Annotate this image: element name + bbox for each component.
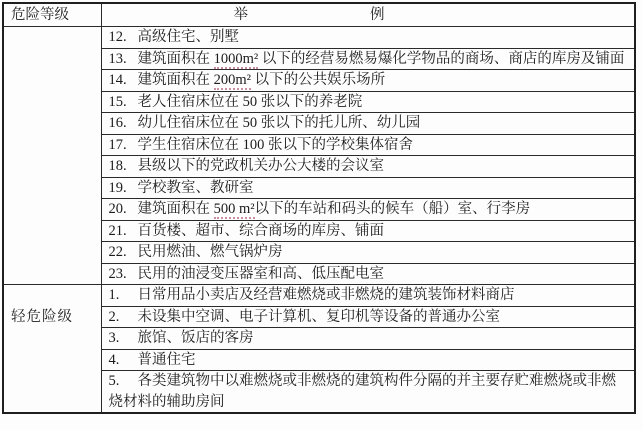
row-text: 建筑面积在 <box>138 72 214 88</box>
section-label-light-risk: 轻危险级 <box>11 309 73 325</box>
example-cell: 18.县级以下的党政机关办公大楼的会议室 <box>101 156 635 178</box>
row-text: 旅馆、饭店的客房 <box>138 330 254 346</box>
example-cell: 15.老人住宿床位在 50 张以下的养老院 <box>101 91 635 113</box>
row-text: 高级住宅、别墅 <box>138 29 240 45</box>
row-number: 15. <box>109 92 138 113</box>
row-text: 以下的车站和码头的候车（船）室、行李房 <box>255 201 531 217</box>
header-examples: 举 例 <box>101 3 635 27</box>
row-number: 5. <box>109 371 138 392</box>
row-number: 19. <box>109 178 138 199</box>
section-1-label-cell <box>3 27 101 285</box>
section-2-label-cell: 轻危险级 <box>3 285 101 414</box>
table-header-row: 危险等级 举 例 <box>3 3 635 27</box>
table-row: 12.高级住宅、别墅 <box>3 27 635 49</box>
row-number: 20. <box>109 199 138 220</box>
table-row: 轻危险级 1.日常用品小卖店及经营难燃烧或非燃烧的建筑装饰材料商店 <box>3 285 635 307</box>
measurement-value: 200m² <box>214 72 251 90</box>
row-number: 13. <box>109 49 138 70</box>
example-cell: 13.建筑面积在 1000m² 以下的经营易燃易爆化学物品的商场、商店的库房及铺… <box>101 48 635 70</box>
row-text: 建筑面积在 <box>138 51 214 67</box>
example-cell: 4.普通住宅 <box>101 349 635 371</box>
row-text: 民用的油浸变压器室和高、低压配电室 <box>138 266 385 282</box>
row-number: 21. <box>109 221 138 242</box>
example-cell: 14.建筑面积在 200m² 以下的公共娱乐场所 <box>101 70 635 92</box>
example-cell: 5.各类建筑物中以难燃烧或非燃烧的建筑构件分隔的并主要存贮难燃烧或非燃烧材料的辅… <box>101 371 635 414</box>
row-number: 12. <box>109 27 138 48</box>
example-cell: 12.高级住宅、别墅 <box>101 27 635 49</box>
measurement-value: 1000m² <box>214 51 259 69</box>
example-cell: 2.未设集中空调、电子计算机、复印机等设备的普通办公室 <box>101 306 635 328</box>
row-text: 以下的公共娱乐场所 <box>251 72 385 88</box>
row-number: 18. <box>109 156 138 177</box>
row-text: 民用燃油、燃气锅炉房 <box>138 244 283 260</box>
header-example-char-right: 例 <box>370 5 385 26</box>
row-number: 17. <box>109 135 138 156</box>
row-text: 学生住宿床位在 100 张以下的学校集体宿舍 <box>138 137 414 153</box>
example-cell: 17.学生住宿床位在 100 张以下的学校集体宿舍 <box>101 134 635 156</box>
example-cell: 16.幼儿住宿床位在 50 张以下的托儿所、幼儿园 <box>101 113 635 135</box>
example-cell: 23.民用的油浸变压器室和高、低压配电室 <box>101 263 635 285</box>
row-text: 县级以下的党政机关办公大楼的会议室 <box>138 158 385 174</box>
example-cell: 19.学校教室、教研室 <box>101 177 635 199</box>
row-number: 16. <box>109 113 138 134</box>
header-example-char-left: 举 <box>234 5 249 26</box>
header-risk-level: 危险等级 <box>3 3 101 27</box>
row-text: 日常用品小卖店及经营难燃烧或非燃烧的建筑装饰材料商店 <box>138 287 515 303</box>
fire-risk-level-table: 危险等级 举 例 12.高级住宅、别墅 13.建筑面积在 1000m² 以下的经… <box>2 2 636 414</box>
header-risk-level-label: 危险等级 <box>11 7 69 23</box>
example-cell: 3.旅馆、饭店的客房 <box>101 328 635 350</box>
example-cell: 20.建筑面积在 500 m²以下的车站和码头的候车（船）室、行李房 <box>101 199 635 221</box>
row-text: 老人住宿床位在 50 张以下的养老院 <box>138 94 363 110</box>
row-text: 以下的经营易燃易爆化学物品的商场、商店的库房及铺面 <box>258 51 624 67</box>
row-text: 普通住宅 <box>138 352 196 368</box>
row-text: 未设集中空调、电子计算机、复印机等设备的普通办公室 <box>138 309 501 325</box>
measurement-value: 500 m² <box>214 201 255 219</box>
row-number: 23. <box>109 264 138 285</box>
example-cell: 1.日常用品小卖店及经营难燃烧或非燃烧的建筑装饰材料商店 <box>101 285 635 307</box>
row-text: 各类建筑物中以难燃烧或非燃烧的建筑构件分隔的并主要存贮难燃烧或非燃烧材料的辅助房… <box>109 373 617 410</box>
row-number: 22. <box>109 242 138 263</box>
row-text: 建筑面积在 <box>138 201 214 217</box>
row-text: 百货楼、超市、综合商场的库房、铺面 <box>138 223 385 239</box>
row-text: 学校教室、教研室 <box>138 180 254 196</box>
row-number: 14. <box>109 70 138 91</box>
row-number: 1. <box>109 285 138 306</box>
header-examples-spread: 举 例 <box>102 4 635 26</box>
row-number: 4. <box>109 350 138 371</box>
row-number: 3. <box>109 328 138 349</box>
row-number: 2. <box>109 307 138 328</box>
example-cell: 22.民用燃油、燃气锅炉房 <box>101 242 635 264</box>
row-text: 幼儿住宿床位在 50 张以下的托儿所、幼儿园 <box>138 115 421 131</box>
example-cell: 21.百货楼、超市、综合商场的库房、铺面 <box>101 220 635 242</box>
